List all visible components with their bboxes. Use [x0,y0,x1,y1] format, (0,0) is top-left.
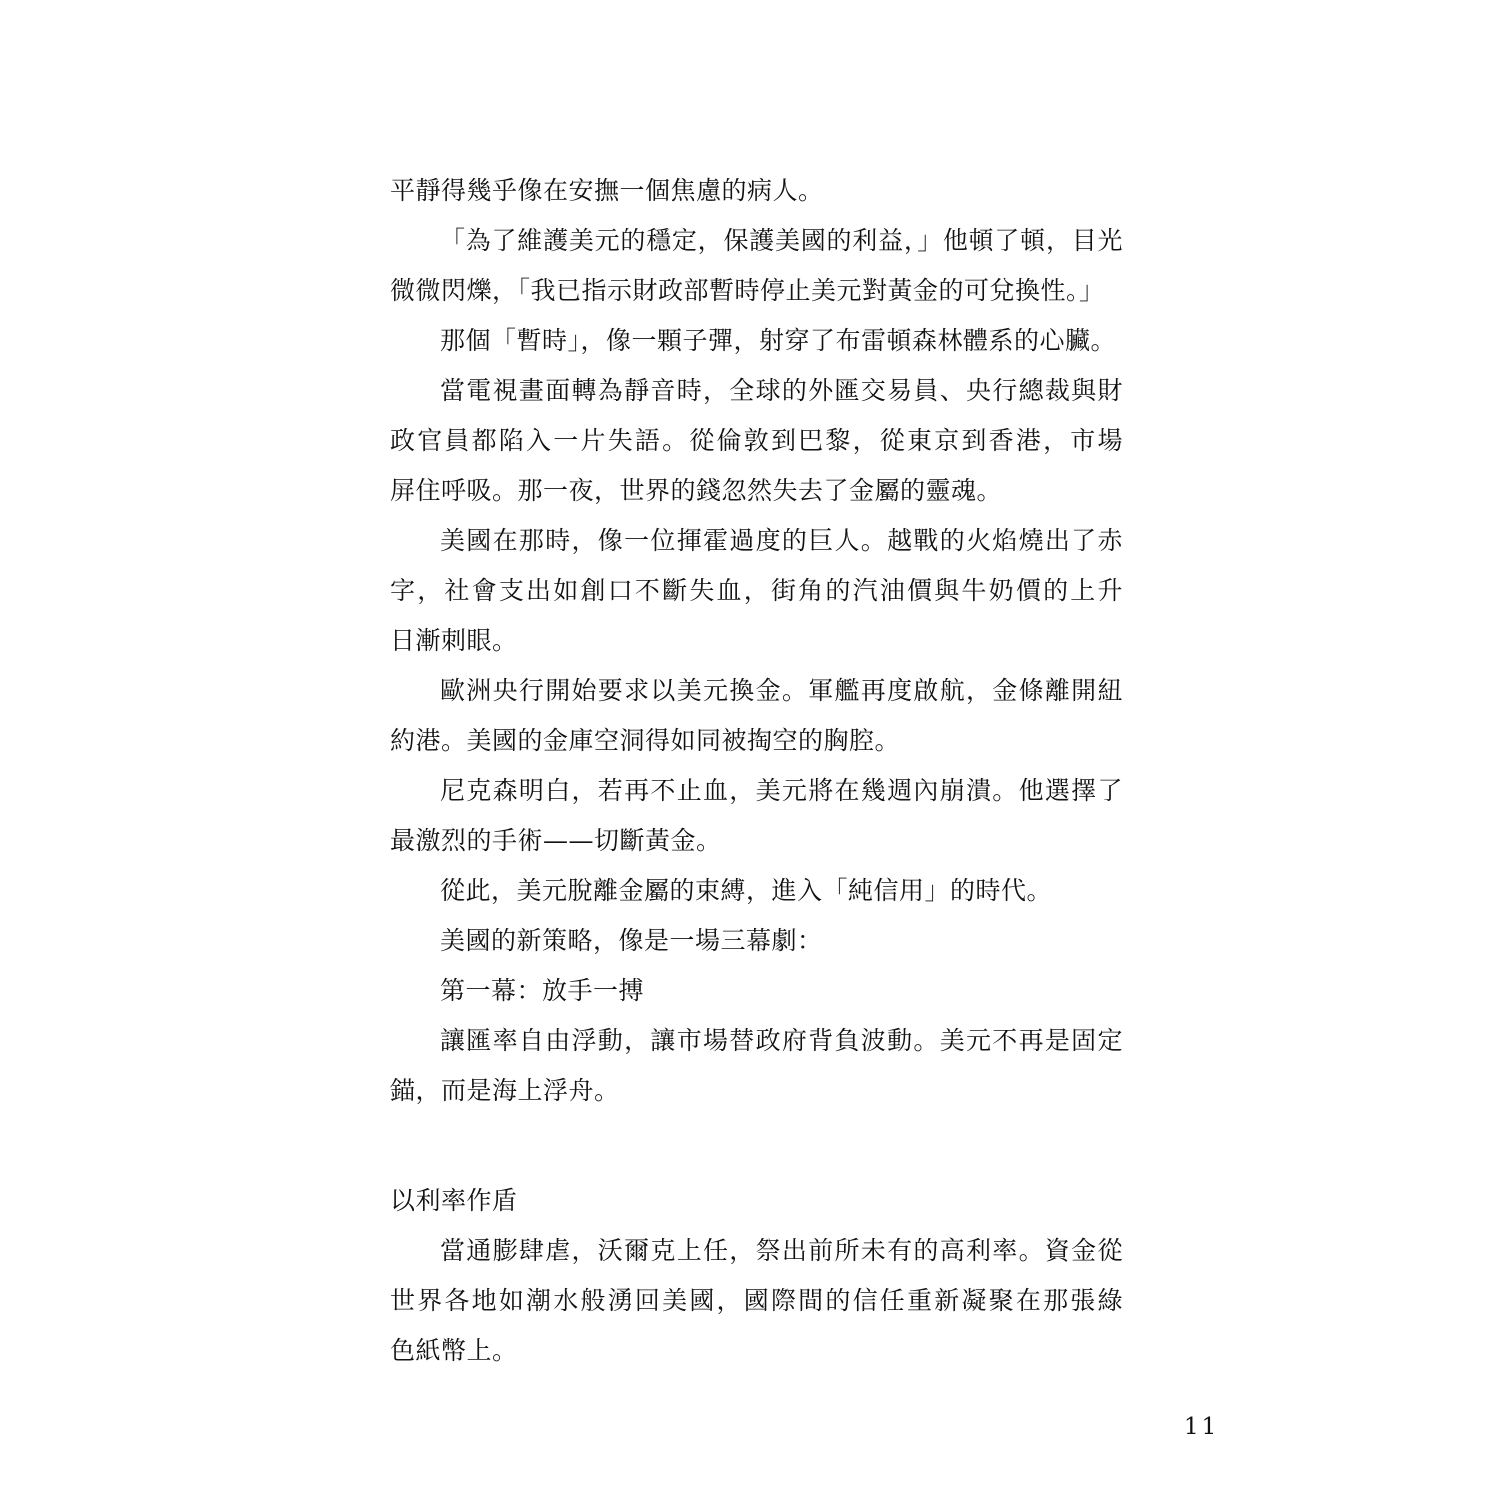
text-line: 錨，而是海上浮舟。 [390,1066,1123,1116]
text-line: 美國的新策略，像是一場三幕劇： [390,916,1123,966]
text-line: 當通膨肆虐，沃爾克上任，祭出前所未有的高利率。資金從 [390,1226,1123,1276]
text-line: 讓匯率自由浮動，讓市場替政府背負波動。美元不再是固定 [390,1016,1123,1066]
text-line: 歐洲央行開始要求以美元換金。軍艦再度啟航，金條離開紐 [390,666,1123,716]
text-line: 第一幕：放手一搏 [390,966,1123,1016]
body-text: 平靜得幾乎像在安撫一個焦慮的病人。「為了維護美元的穩定，保護美國的利益，」他頓了… [390,166,1123,1376]
text-line: 「為了維護美元的穩定，保護美國的利益，」他頓了頓，目光 [390,216,1123,266]
text-line: 屏住呼吸。那一夜，世界的錢忽然失去了金屬的靈魂。 [390,466,1123,516]
text-line: 從此，美元脫離金屬的束縛，進入「純信用」的時代。 [390,866,1123,916]
page-number: 11 [1184,1414,1219,1440]
text-line: 色紙幣上。 [390,1326,1123,1376]
text-line: 平靜得幾乎像在安撫一個焦慮的病人。 [390,166,1123,216]
text-line: 美國在那時，像一位揮霍過度的巨人。越戰的火焰燒出了赤 [390,516,1123,566]
text-line: 最激烈的手術——切斷黃金。 [390,816,1123,866]
text-line: 當電視畫面轉為靜音時，全球的外匯交易員、央行總裁與財 [390,366,1123,416]
text-line: 那個「暫時」，像一顆子彈，射穿了布雷頓森林體系的心臟。 [390,316,1123,366]
text-line: 尼克森明白，若再不止血，美元將在幾週內崩潰。他選擇了 [390,766,1123,816]
book-page: 平靜得幾乎像在安撫一個焦慮的病人。「為了維護美元的穩定，保護美國的利益，」他頓了… [0,0,1500,1500]
text-line: 約港。美國的金庫空洞得如同被掏空的胸腔。 [390,716,1123,766]
text-line: 字，社會支出如創口不斷失血，街角的汽油價與牛奶價的上升 [390,566,1123,616]
text-line: 政官員都陷入一片失語。從倫敦到巴黎，從東京到香港，市場 [390,416,1123,466]
text-line: 微微閃爍，「我已指示財政部暫時停止美元對黃金的可兌換性。」 [390,266,1123,316]
paragraph-gap [390,1116,1123,1176]
section-heading: 以利率作盾 [390,1176,1123,1226]
text-line: 日漸刺眼。 [390,616,1123,666]
text-line: 世界各地如潮水般湧回美國，國際間的信任重新凝聚在那張綠 [390,1276,1123,1326]
